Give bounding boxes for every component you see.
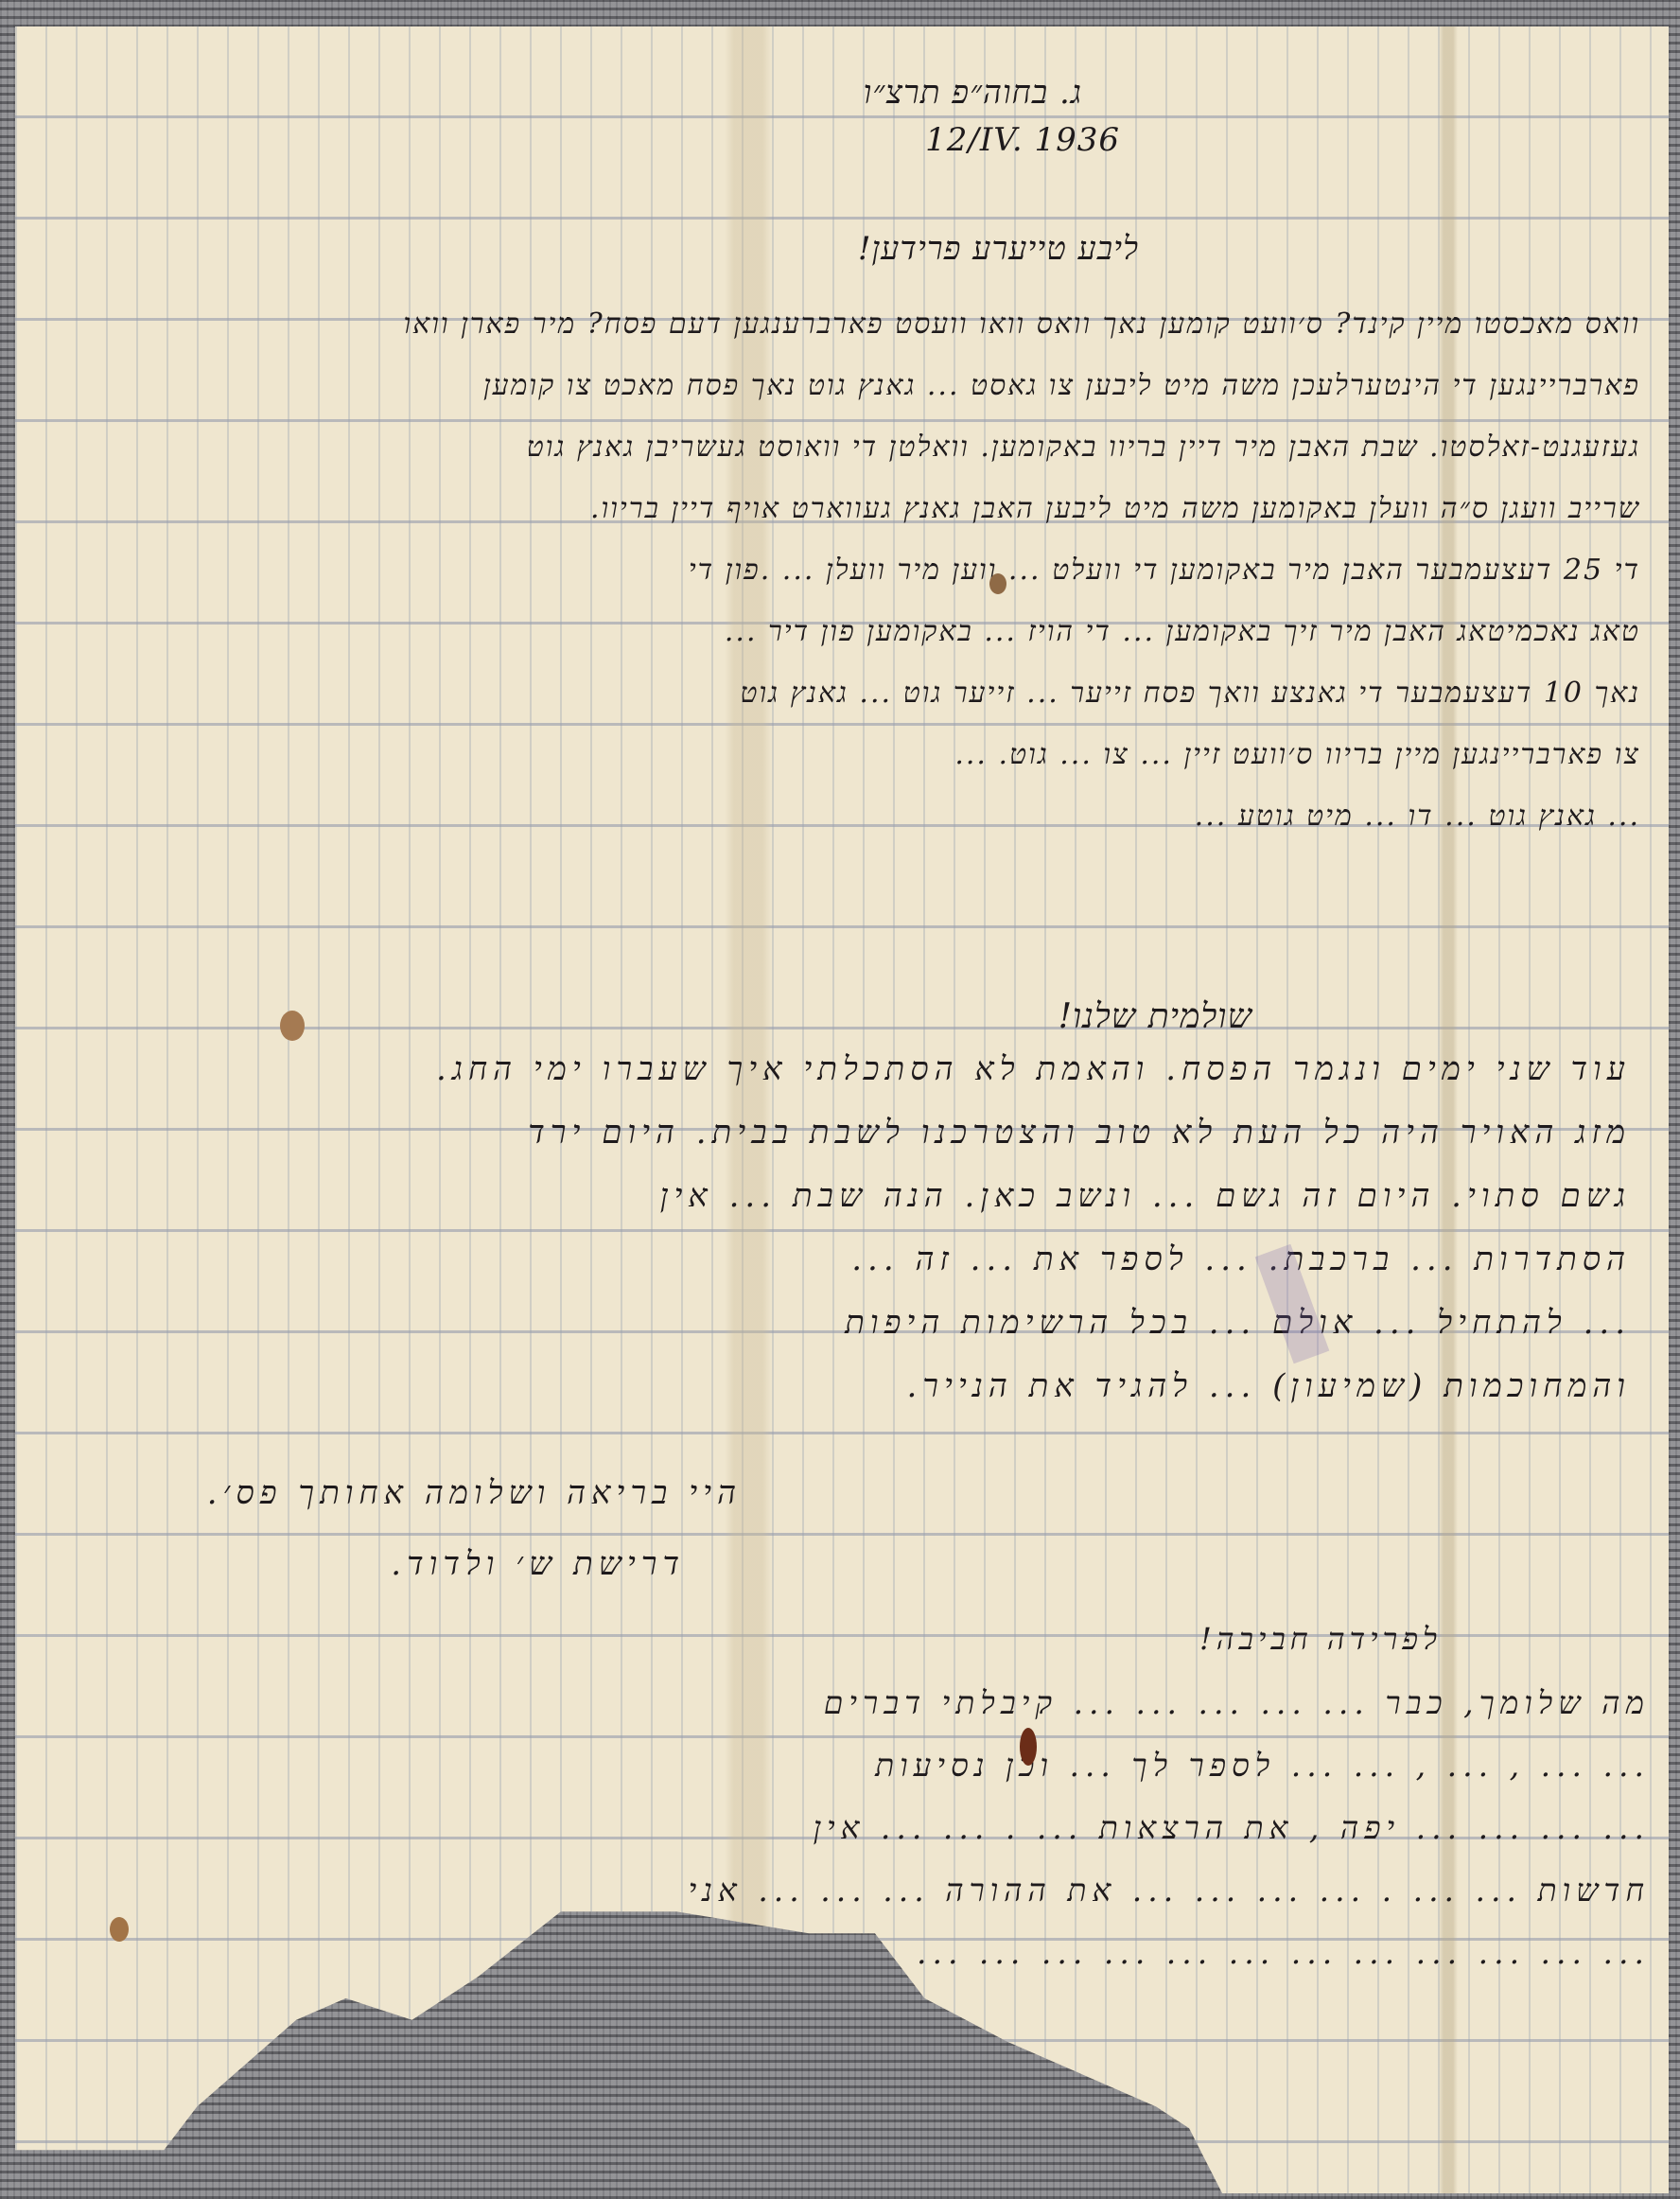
hebrew-date: ג. בחוה״פ תרצ״ו bbox=[864, 74, 1082, 112]
text-line: פארבריינגען די הינטערלעכן משה מיט ליבען … bbox=[44, 372, 1640, 433]
text-line: חדשות ... ... . ... ... ... ... את ההורה… bbox=[25, 1874, 1650, 1937]
text-line: והמחוכמות (שמיעון) ... להגיד את הנייר. bbox=[157, 1370, 1631, 1434]
second-note-paragraph: מה שלומך, כבר ... ... ... ... ... קיבלתי… bbox=[25, 1687, 1650, 1999]
text-line: עוד שני ימים ונגמר הפסח. והאמת לא הסתכלת… bbox=[157, 1053, 1631, 1117]
letter-paper: ג. בחוה״פ תרצ״ו 12/IV. 1936 ליבע טייערע … bbox=[15, 26, 1669, 2193]
ink-blot bbox=[1020, 1728, 1037, 1766]
text-line: מזג האויר היה כל העת לא טוב והצטרכנו לשב… bbox=[157, 1117, 1631, 1180]
rust-stain bbox=[110, 1917, 129, 1942]
text-line: שרייב וועגן ס״ה וועלן באקומען משה מיט לי… bbox=[44, 495, 1640, 556]
yiddish-greeting: ליבע טייערע פרידען! bbox=[858, 230, 1139, 268]
hebrew-paragraph: עוד שני ימים ונגמר הפסח. והאמת לא הסתכלת… bbox=[157, 1053, 1631, 1434]
text-line: גשם סתוי. היום זה גשם ... ונשב כאן. הנה … bbox=[157, 1180, 1631, 1243]
regards-line: דרישת ש׳ ולדוד. bbox=[391, 1545, 685, 1583]
text-line: די 25 דעצעמבער האבן מיר באקומען די וועלט… bbox=[44, 556, 1640, 618]
rust-stain bbox=[280, 1011, 305, 1041]
yiddish-paragraph: וואס מאכסטו מיין קינד? ס׳וועט קומען נאך … bbox=[44, 310, 1640, 864]
hebrew-salutation: שולמית שלנו! bbox=[1059, 996, 1252, 1036]
text-line: צו פארבריינגען מיין בריוו ס׳וועט זיין ..… bbox=[44, 741, 1640, 802]
text-line: מה שלומך, כבר ... ... ... ... ... קיבלתי… bbox=[25, 1687, 1650, 1750]
text-line: הסתדרות ... ברכבת. ... לספר את ... זה ..… bbox=[157, 1243, 1631, 1307]
text-line: געזעגנט-זאלסטו. שבת האבן מיר דיין בריוו … bbox=[44, 433, 1640, 495]
text-line: וואס מאכסטו מיין קינד? ס׳וועט קומען נאך … bbox=[44, 310, 1640, 372]
closing-line: היי בריאה ושלומה אחותך פס׳. bbox=[207, 1474, 742, 1512]
text-line: ... גאנץ גוט ... דו ... מיט גוטע ... bbox=[44, 802, 1640, 864]
civil-date: 12/IV. 1936 bbox=[925, 121, 1120, 159]
rust-stain bbox=[989, 573, 1006, 594]
text-line: ... ... , ... , ... ... לספר לך ... וכן … bbox=[25, 1750, 1650, 1812]
text-line: טאג נאכמיטאג האבן מיר זיך באקומען ... די… bbox=[44, 618, 1640, 679]
second-note-greeting: לפרידה חביבה! bbox=[1199, 1621, 1442, 1657]
text-line: ... להתחיל ... אולם ... בכל הרשימות היפו… bbox=[157, 1307, 1631, 1370]
text-line: ... ... ... ... ... ... ... ... ... ... … bbox=[25, 1937, 1650, 1999]
text-line: נאך 10 דעצעמבער די גאנצע וואך פסח זייער … bbox=[44, 679, 1640, 741]
text-line: ... ... ... ... יפה , את הרצאות ... . ..… bbox=[25, 1812, 1650, 1874]
